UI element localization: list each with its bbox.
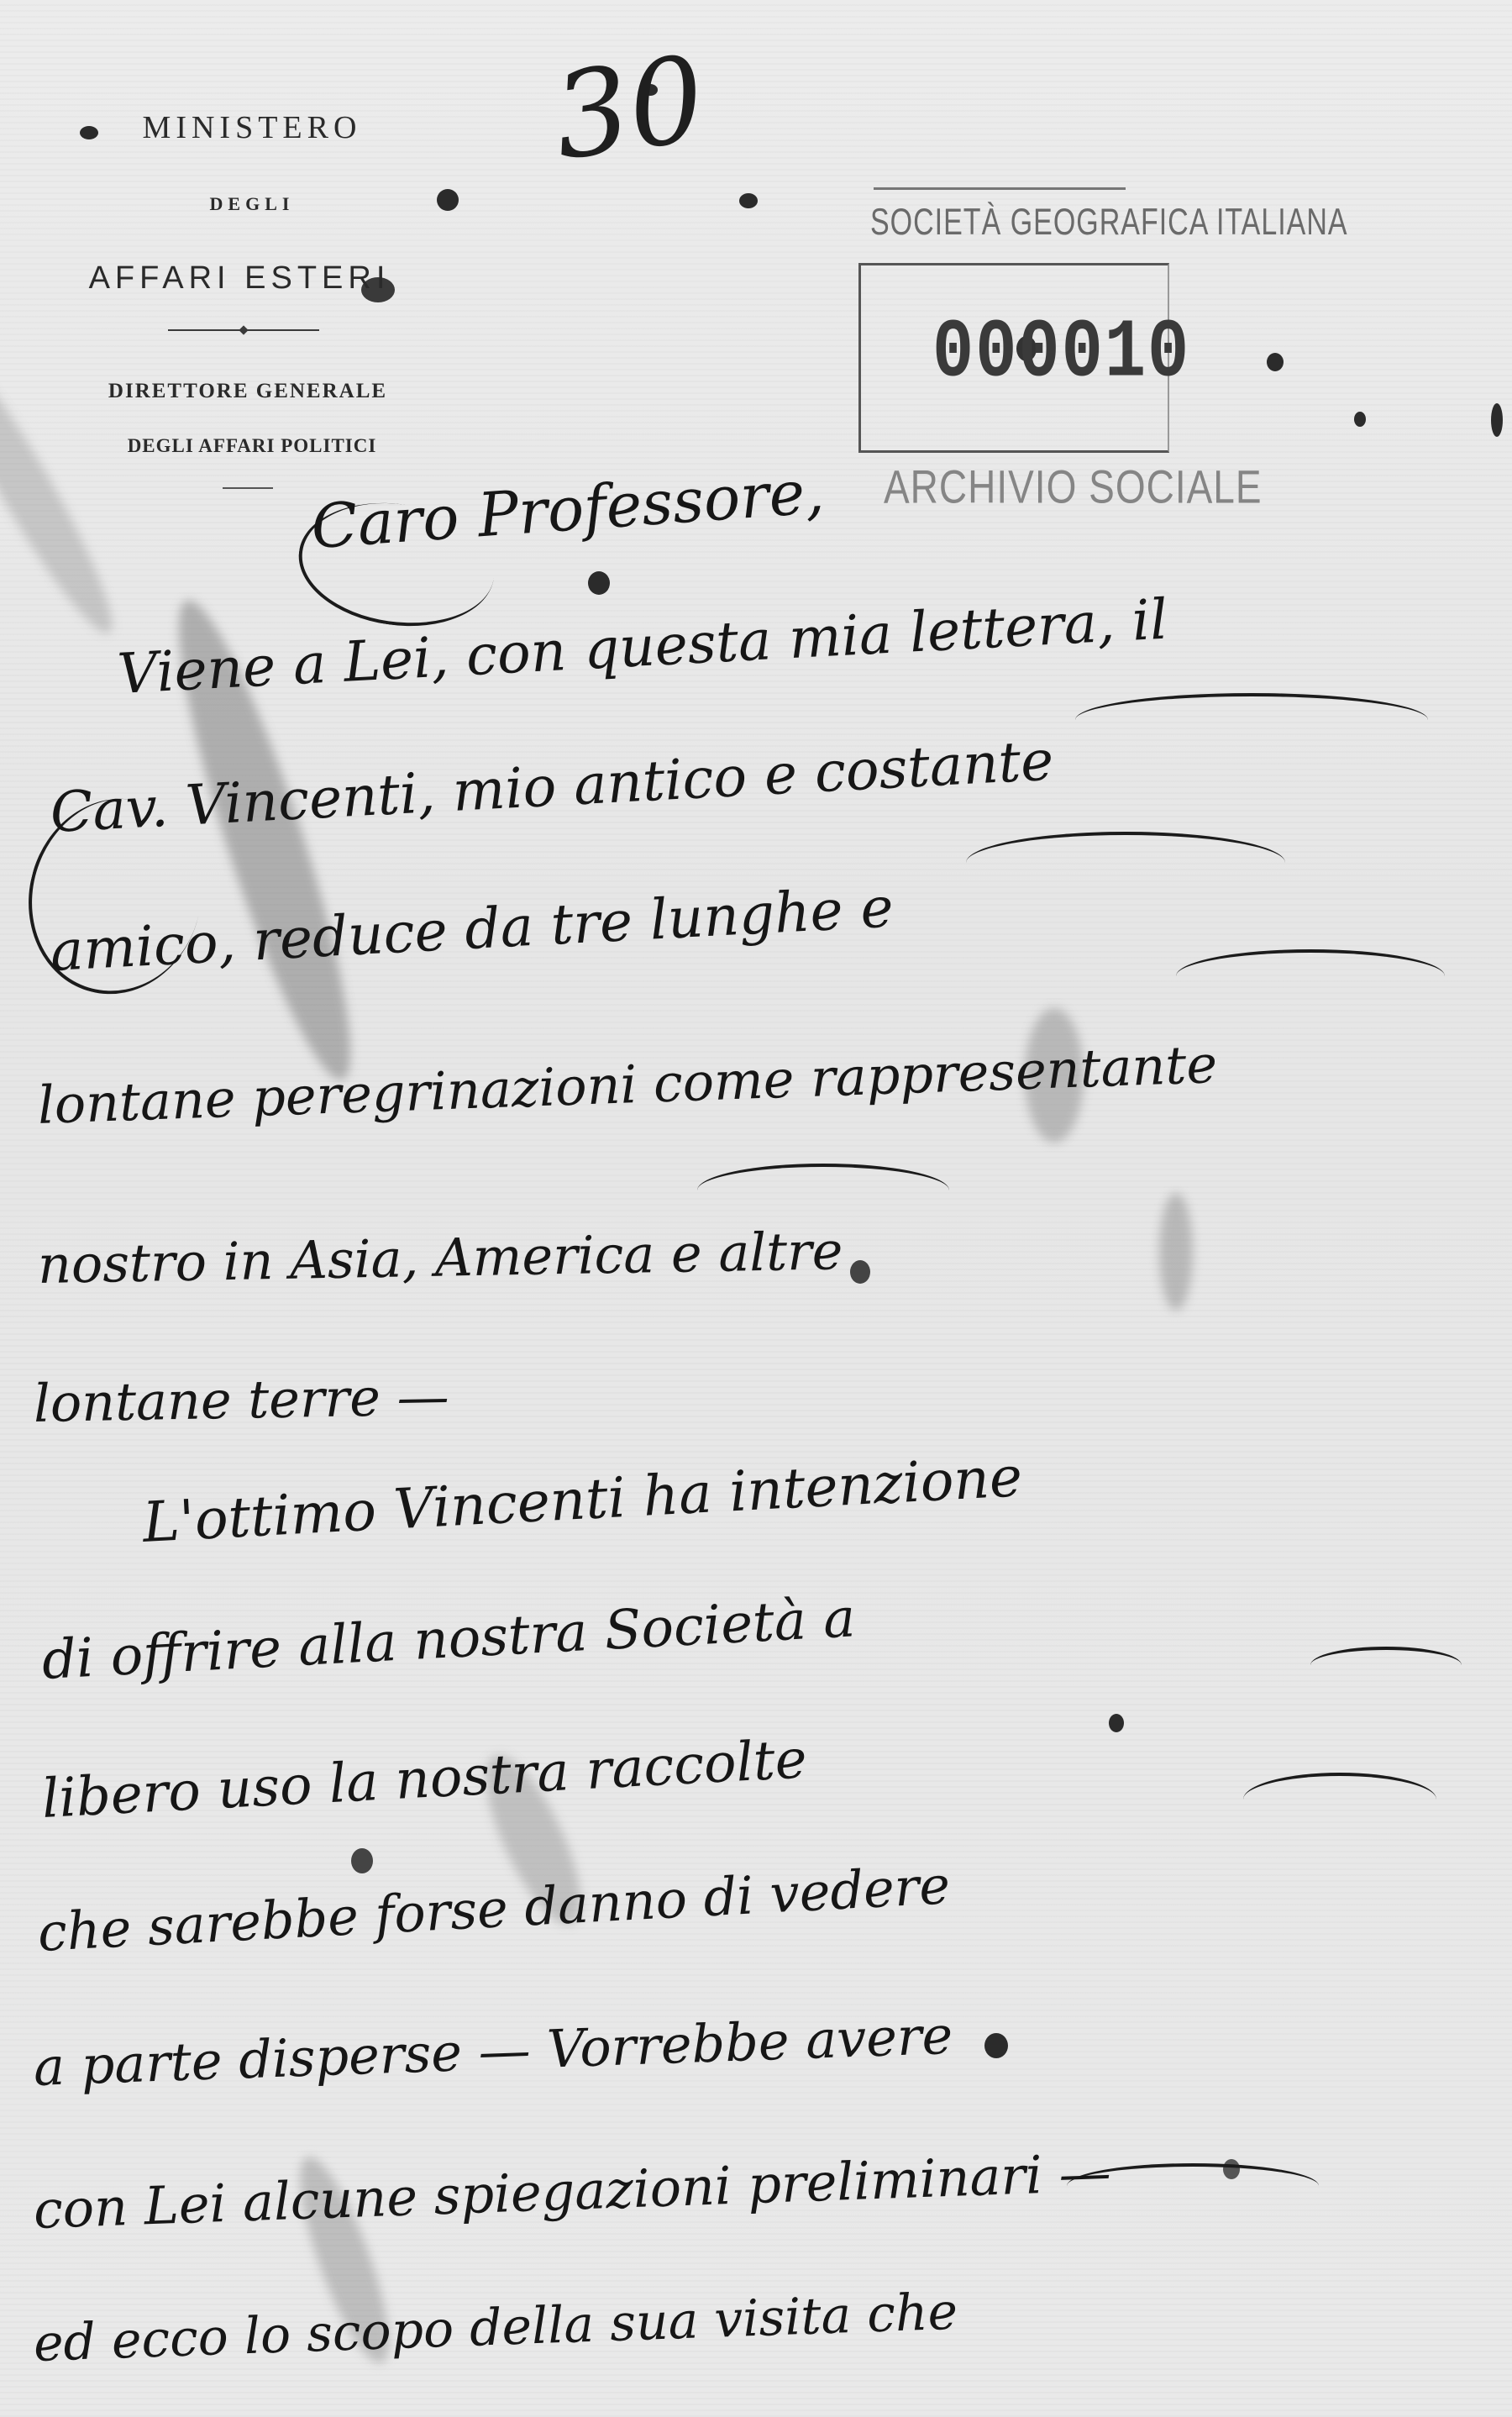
stamp-top-line	[874, 187, 1126, 190]
letterhead-affari-esteri: AFFARI ESTERI	[34, 260, 445, 297]
letterhead-degli: DEGLI	[67, 193, 437, 215]
ink-blot	[588, 571, 610, 595]
ink-smudge	[0, 329, 131, 645]
flourish-stroke	[1310, 1647, 1462, 1684]
letterhead-affari-politici: DEGLI AFFARI POLITICI	[76, 435, 428, 457]
flourish-stroke	[1176, 949, 1445, 1003]
letterhead-direttore-generale: DIRETTORE GENERALE	[50, 380, 445, 403]
ink-smudge	[1159, 1193, 1193, 1311]
flourish-stroke	[1075, 693, 1428, 747]
stamp-header: SOCIETÀ GEOGRAFICA ITALIANA	[870, 202, 1348, 244]
ink-blot	[1109, 1714, 1124, 1732]
ink-blot	[437, 189, 459, 211]
letter-line-8: di offrire alla nostra Società a	[40, 1591, 856, 1688]
letter-line-1: Viene a Lei, con questa mia lettera, il	[116, 592, 1168, 702]
letterhead-ministero: MINISTERO	[71, 109, 433, 146]
salutation: Caro Professore,	[309, 461, 826, 557]
letterhead-divider	[168, 329, 319, 331]
letter-line-11: a parte disperse — Vorrebbe avere	[33, 2010, 953, 2094]
letter-line-10: che sarebbe forse danno di vedere	[36, 1859, 951, 1959]
letter-line-9: libero uso la nostra raccolte	[40, 1732, 808, 1826]
letter-line-5: nostro in Asia, America e altre	[37, 1225, 843, 1291]
ink-blot	[351, 1848, 373, 1873]
stamp-number: 000010	[932, 307, 1190, 401]
letter-line-12: con Lei alcune spiegazioni preliminari —	[33, 2146, 1112, 2236]
folio-number: 30	[547, 40, 711, 177]
ink-blot	[1491, 403, 1503, 437]
stamp-footer: ARCHIVIO SOCIALE	[884, 460, 1263, 514]
archive-stamp: SOCIETÀ GEOGRAFICA ITALIANA 000010 ARCHI…	[840, 164, 1327, 428]
letter-line-7: L'ottimo Vincenti ha intenzione	[141, 1449, 1023, 1551]
ink-blot	[1354, 412, 1366, 427]
flourish-stroke	[697, 1164, 949, 1217]
ink-blot	[984, 2033, 1008, 2058]
flourish-stroke	[966, 832, 1285, 894]
letterhead-divider-small	[223, 487, 273, 489]
paper-sheet: MINISTERO DEGLI AFFARI ESTERI DIRETTORE …	[0, 0, 1512, 2417]
flourish-stroke	[1243, 1773, 1436, 1826]
ink-blot	[739, 193, 758, 208]
ink-blot	[850, 1260, 870, 1284]
letter-line-6: lontane terre —	[33, 1370, 449, 1430]
letter-line-13: ed ecco lo scopo della sua visita che	[33, 2287, 958, 2369]
